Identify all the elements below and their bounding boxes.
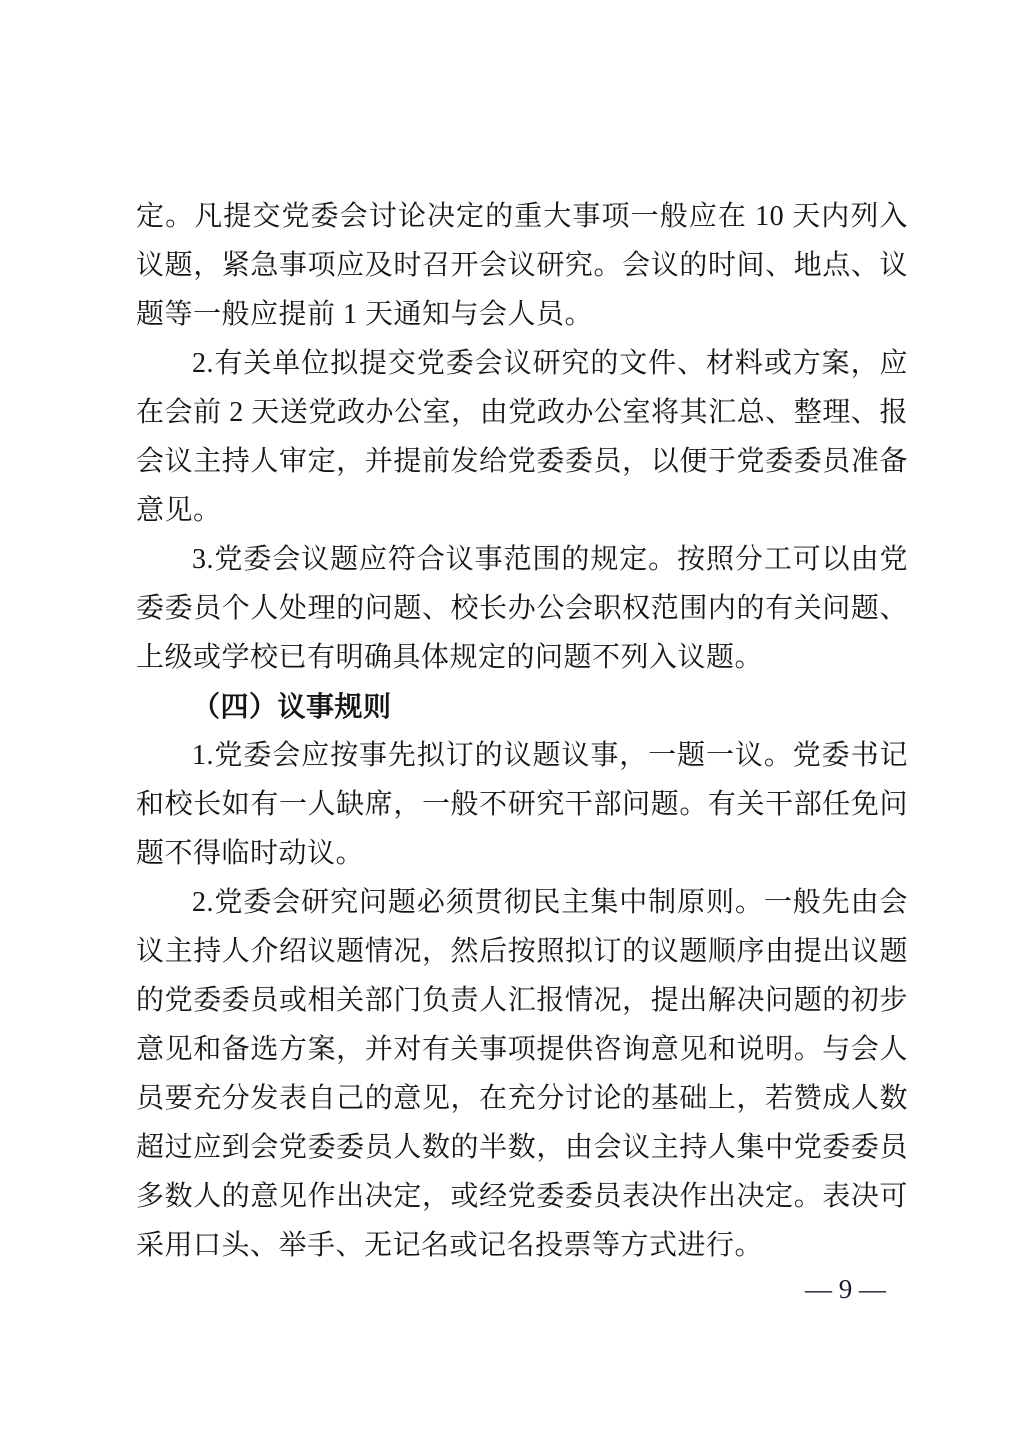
paragraph-rule-2: 2.党委会研究问题必须贯彻民主集中制原则。一般先由会议主持人介绍议题情况，然后按… xyxy=(136,878,908,1270)
paragraph-continuation: 定。凡提交党委会讨论决定的重大事项一般应在 10 天内列入议题，紧急事项应及时召… xyxy=(136,192,908,339)
document-page: 定。凡提交党委会讨论决定的重大事项一般应在 10 天内列入议题，紧急事项应及时召… xyxy=(0,0,1024,1448)
document-body: 定。凡提交党委会讨论决定的重大事项一般应在 10 天内列入议题，紧急事项应及时召… xyxy=(136,192,908,1270)
page-number: — 9 — xyxy=(805,1272,886,1306)
section-heading: （四）议事规则 xyxy=(136,682,908,731)
paragraph-item-2: 2.有关单位拟提交党委会议研究的文件、材料或方案，应在会前 2 天送党政办公室，… xyxy=(136,339,908,535)
paragraph-rule-1: 1.党委会应按事先拟订的议题议事，一题一议。党委书记和校长如有一人缺席，一般不研… xyxy=(136,731,908,878)
paragraph-item-3: 3.党委会议题应符合议事范围的规定。按照分工可以由党委委员个人处理的问题、校长办… xyxy=(136,535,908,682)
